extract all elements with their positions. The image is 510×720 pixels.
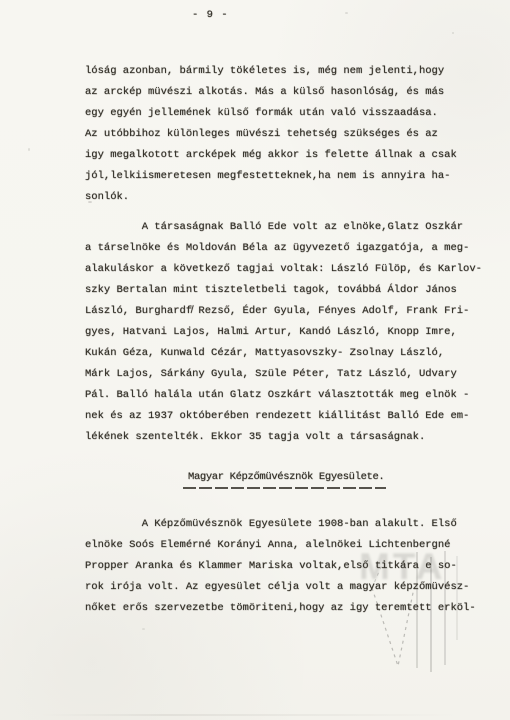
paragraph-society-members: A társaságnak Balló Ede volt az elnöke,G… — [85, 217, 482, 448]
paragraph-association-history: A Képzőmüvésznök Egyesülete 1908-ban ala… — [85, 514, 476, 619]
paragraph-continuation: lóság azonban, bármily tökéletes is, még… — [85, 61, 457, 208]
section-heading: Magyar Képzőmüvésznök Egyesülete. — [188, 467, 384, 488]
page-number: - 9 - — [192, 5, 229, 26]
scan-speck — [452, 32, 454, 34]
scan-speck — [345, 12, 348, 14]
scanned-page: MTA - 9 - lóság azonban, bármily tökélet… — [0, 0, 510, 720]
section-heading-underline — [183, 487, 386, 489]
scan-speck — [88, 201, 92, 203]
scan-speck — [142, 628, 145, 630]
scan-edge-smudge — [40, 714, 460, 716]
scan-speck — [28, 148, 30, 151]
